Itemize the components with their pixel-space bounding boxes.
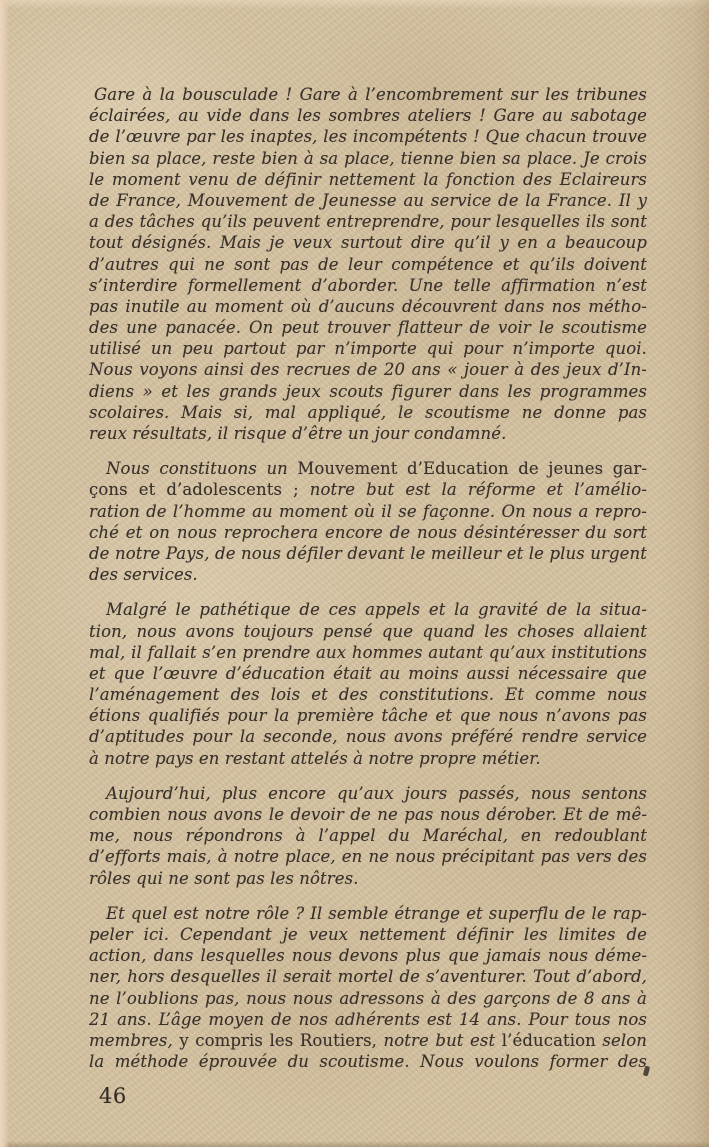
text-line: a des tâches qu’ils peuvent entreprendre… <box>89 211 647 232</box>
text-line: diens » et les grands jeux scouts figure… <box>89 381 647 402</box>
text-segment: çons et d’adolescents ; <box>89 480 310 499</box>
text-line: ché et on nous reprochera encore de nous… <box>89 522 647 543</box>
text-line: éclairées, au vide dans les sombres atel… <box>89 105 647 126</box>
text-segment: utilisé un peu partout par n’importe qui… <box>89 339 647 358</box>
paragraph: Aujourd’hui, plus encore qu’aux jours pa… <box>89 783 647 889</box>
text-segment: tion, nous avons toujours pensé que quan… <box>89 622 647 641</box>
text-segment: des services. <box>89 565 198 584</box>
text-line: le moment venu de définir nettement la f… <box>89 169 647 190</box>
text-line: des une panacée. On peut trouver flatteu… <box>89 317 647 338</box>
text-segment: de France, Mouvement de Jeunesse au serv… <box>89 191 647 210</box>
text-line: Nous constituons un Mouvement d’Educatio… <box>89 458 647 479</box>
text-segment: reux résultats, il risque d’être un jour… <box>89 424 506 443</box>
text-segment: le moment venu de définir nettement la f… <box>89 170 647 189</box>
text-segment: notre but est la réforme et l’amélio- <box>310 480 647 499</box>
text-line: de l’œuvre par les inaptes, les incompét… <box>89 126 647 147</box>
text-line: peler ici. Cependant je veux nettement d… <box>89 924 647 945</box>
text-segment: à notre pays en restant attelés à notre … <box>89 749 541 768</box>
text-segment: s’interdire formellement d’aborder. Une … <box>89 276 647 295</box>
text-segment: ché et on nous reprochera encore de nous… <box>89 523 647 542</box>
text-segment: y compris les Routiers, <box>179 1031 383 1050</box>
text-segment: rôles qui ne sont pas les nôtres. <box>89 869 359 888</box>
text-segment: scolaires. Mais si, mal appliqué, le sco… <box>89 403 647 423</box>
text-line: mal, il fallait s’en prendre aux hommes … <box>89 642 647 663</box>
text-line: tion, nous avons toujours pensé que quan… <box>89 621 647 642</box>
text-segment: combien nous avons le devoir de ne pas n… <box>89 805 647 824</box>
text-segment: 21 ans. L’âge moyen de nos adhérents est… <box>89 1010 647 1029</box>
text-segment: étions qualifiés pour la première tâche … <box>89 706 647 725</box>
text-line: combien nous avons le devoir de ne pas n… <box>89 804 647 825</box>
text-segment: éclairées, au vide dans les sombres atel… <box>89 106 647 125</box>
text-segment: diens » et les grands jeux scouts figure… <box>89 382 647 401</box>
text-segment: des une panacée. On peut trouver flatteu… <box>89 318 647 337</box>
text-line: Malgré le pathétique de ces appels et la… <box>89 599 647 620</box>
text-segment: membres, <box>89 1031 179 1050</box>
text-line: utilisé un peu partout par n’importe qui… <box>89 338 647 359</box>
text-segment: l’éducation <box>502 1031 603 1050</box>
text-line: membres, y compris les Routiers, notre b… <box>89 1030 647 1051</box>
text-line: s’interdire formellement d’aborder. Une … <box>89 275 647 296</box>
text-segment: Malgré le pathétique de ces appels et la… <box>106 600 647 619</box>
text-segment: bien sa place, reste bien à sa place, ti… <box>89 149 647 168</box>
text-line: Aujourd’hui, plus encore qu’aux jours pa… <box>89 783 647 804</box>
text-segment: notre but est <box>384 1031 502 1050</box>
text-line: Et quel est notre rôle ? Il semble étran… <box>89 903 647 924</box>
text-line: l’aménagement des lois et des constituti… <box>89 684 647 705</box>
text-line: me, nous répondrons à l’appel du Marécha… <box>89 825 647 846</box>
text-line: Gare à la bousculade ! Gare à l’encombre… <box>89 84 647 105</box>
paragraph: Gare à la bousculade ! Gare à l’encombre… <box>89 84 647 444</box>
text-line: tout désignés. Mais je veux surtout dire… <box>89 232 647 253</box>
text-line: ration de l’homme au moment où il se faç… <box>89 501 647 522</box>
text-segment: de l’œuvre par les inaptes, les incompét… <box>89 127 647 146</box>
text-line: à notre pays en restant attelés à notre … <box>89 748 647 769</box>
text-segment: la méthode éprouvée du scoutisme. Nous v… <box>89 1052 647 1071</box>
text-segment: de notre Pays, de nous défiler devant le… <box>89 544 647 563</box>
text-segment: Nous voyons ainsi des recrues de 20 ans … <box>89 360 647 379</box>
text-segment: Mouvement d’Education de jeunes gar- <box>297 459 647 478</box>
text-segment: Nous constituons un <box>106 459 297 478</box>
text-segment: d’autres qui ne sont pas de leur compéte… <box>89 255 647 274</box>
text-segment: l’aménagement des lois et des constituti… <box>89 685 647 704</box>
text-line: étions qualifiés pour la première tâche … <box>89 705 647 726</box>
text-line: d’aptitudes pour la seconde, nous avons … <box>89 726 647 747</box>
text-line: la méthode éprouvée du scoutisme. Nous v… <box>89 1051 647 1072</box>
text-segment: ner, hors desquelles il serait mortel de… <box>89 967 647 986</box>
text-line: reux résultats, il risque d’être un jour… <box>89 423 647 444</box>
text-segment: Aujourd’hui, plus encore qu’aux jours pa… <box>106 784 647 803</box>
text-block: Gare à la bousculade ! Gare à l’encombre… <box>89 84 647 1072</box>
text-line: Nous voyons ainsi des recrues de 20 ans … <box>89 359 647 380</box>
text-line: action, dans lesquelles nous devons plus… <box>89 945 647 966</box>
text-segment: me, nous répondrons à l’appel du Marécha… <box>89 826 647 845</box>
page-number: 46 <box>99 1084 127 1108</box>
text-segment: Et quel est notre rôle ? Il semble étran… <box>106 904 647 923</box>
text-segment: peler ici. Cependant je veux nettement d… <box>89 925 647 945</box>
text-segment: action, dans lesquelles nous devons plus… <box>89 946 647 965</box>
text-segment: selon <box>602 1031 647 1050</box>
text-line: scolaires. Mais si, mal appliqué, le sco… <box>89 402 647 423</box>
text-segment: et que l’œuvre d’éducation était au moin… <box>89 664 647 683</box>
paragraph: Malgré le pathétique de ces appels et la… <box>89 599 647 769</box>
paragraph: Nous constituons un Mouvement d’Educatio… <box>89 458 647 585</box>
paragraph: Et quel est notre rôle ? Il semble étran… <box>89 903 647 1073</box>
text-line: et que l’œuvre d’éducation était au moin… <box>89 663 647 684</box>
text-line: d’efforts mais, à notre place, en ne nou… <box>89 846 647 867</box>
text-line: de France, Mouvement de Jeunesse au serv… <box>89 190 647 211</box>
ink-speck <box>643 1066 650 1077</box>
text-segment: ration de l’homme au moment où il se faç… <box>89 502 647 521</box>
book-page: { "page": { "number": "46", "paper_color… <box>0 0 709 1147</box>
text-line: bien sa place, reste bien à sa place, ti… <box>89 148 647 169</box>
text-line: 21 ans. L’âge moyen de nos adhérents est… <box>89 1009 647 1030</box>
text-line: çons et d’adolescents ; notre but est la… <box>89 479 647 500</box>
text-segment: mal, il fallait s’en prendre aux hommes … <box>89 643 647 662</box>
text-line: ne l’oublions pas, nous nous adressons à… <box>89 988 647 1009</box>
text-segment: Gare à la bousculade ! Gare à l’encombre… <box>94 85 647 104</box>
text-segment: tout désignés. Mais je veux surtout dire… <box>89 233 647 252</box>
text-segment: d’aptitudes pour la seconde, nous avons … <box>89 727 647 746</box>
text-segment: pas inutile au moment où d’aucuns découv… <box>89 297 647 316</box>
text-line: de notre Pays, de nous défiler devant le… <box>89 543 647 564</box>
text-line: d’autres qui ne sont pas de leur compéte… <box>89 254 647 275</box>
text-line: ner, hors desquelles il serait mortel de… <box>89 966 647 987</box>
text-segment: a des tâches qu’ils peuvent entreprendre… <box>89 212 647 231</box>
text-segment: ne l’oublions pas, nous nous adressons à… <box>89 989 647 1008</box>
text-line: pas inutile au moment où d’aucuns découv… <box>89 296 647 317</box>
text-line: rôles qui ne sont pas les nôtres. <box>89 868 647 889</box>
text-segment: d’efforts mais, à notre place, en ne nou… <box>89 847 647 866</box>
text-line: des services. <box>89 564 647 585</box>
